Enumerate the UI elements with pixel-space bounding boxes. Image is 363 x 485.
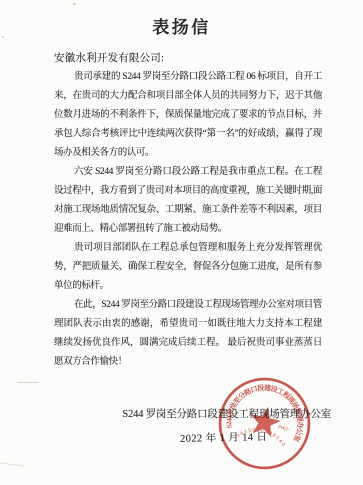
scan-artifact (0, 463, 24, 467)
seal-side-mark: PHO- (278, 425, 291, 433)
text-line: 贵司项目部团队在工程总承包管理和服务上充分发挥管理优 (54, 239, 322, 258)
paragraph: 贵司承建的 S244 罗岗至分路口段公路工程 06 标项目，自开工以来，在贵司的… (54, 68, 322, 163)
scan-artifact (73, 3, 76, 5)
paragraph: 六安 S244 罗岗至分路口段公路工程是我市重点工程。在工程建设过程中，我方看到… (54, 163, 322, 239)
text-line: 位数月进场的不利条件下，保质保量地完成了要求的节点目标，并在 (54, 106, 322, 125)
text-line: 设过程中，我方看到了贵司对本项目的高度重视，施工关键时期,面 (54, 182, 322, 201)
seal-ring (212, 371, 317, 476)
paragraph: 贵司项目部团队在工程总承包管理和服务上充分发挥管理优势，严把质量关、确保工程安全… (54, 239, 322, 296)
paragraph: 在此，S244 罗岗至分路口段建设工程现场管理办公室对项目管理团队表示由衷的感谢… (54, 296, 322, 372)
text-line: 理团队表示由衷的感谢，希望贵司一如既往地大力支持本工程建设， (54, 315, 322, 334)
text-line: 愿双方合作愉快！ (54, 353, 322, 372)
letter-body: 贵司承建的 S244 罗岗至分路口段公路工程 06 标项目，自开工以来，在贵司的… (54, 68, 322, 372)
salutation: 安徽水利开发有限公司: (54, 49, 322, 68)
text-line: 贵司承建的 S244 罗岗至分路口段公路工程 06 标项目，自开工以 (54, 68, 322, 87)
text-line: 在此，S244 罗岗至分路口段建设工程现场管理办公室对项目管 (54, 296, 322, 315)
text-line: 单位的标杆。 (54, 277, 322, 296)
official-seal: S244罗岗至分路口段建设工程现场管理办公室 3415020198540 PHO… (207, 366, 322, 481)
date-line: 2022 年 1 月 14 日 (179, 429, 267, 446)
text-line: 迎难而上、精心部署扭转了施工被动局势。 (54, 220, 322, 239)
text-line: 六安 S244 罗岗至分路口段公路工程是我市重点工程。在工程建 (54, 163, 322, 182)
text-line: 势，严把质量关、确保工程安全，督促各分包施工进度，是所有参建 (54, 258, 322, 277)
text-line: 承包人综合考核评比中连续两次获得“第一名”的好成绩，赢得了现 (54, 125, 322, 144)
letter-title: 表扬信 (0, 13, 363, 38)
letter-page: 表扬信 安徽水利开发有限公司: 贵司承建的 S244 罗岗至分路口段公路工程 0… (0, 0, 363, 485)
text-line: 来，在贵司的大力配合和项目部全体人员的共同努力下，迟于其他单 (54, 87, 322, 106)
letter-content: 安徽水利开发有限公司: 贵司承建的 S244 罗岗至分路口段公路工程 06 标项… (54, 49, 322, 372)
scan-artifact (17, 382, 39, 383)
signature-line: S244 罗岗至分路口段建设工程现场管理办公室 (122, 406, 331, 421)
text-line: 继续发扬优良作风，圆满完成后续工程。 最后祝贵司事业蒸蒸日上， (54, 334, 322, 353)
text-line: 对施工现场地质情况复杂、工期紧、施工条件差等不利因素，项目部 (54, 201, 322, 220)
text-line: 场办及相关各方的认可。 (54, 144, 322, 163)
